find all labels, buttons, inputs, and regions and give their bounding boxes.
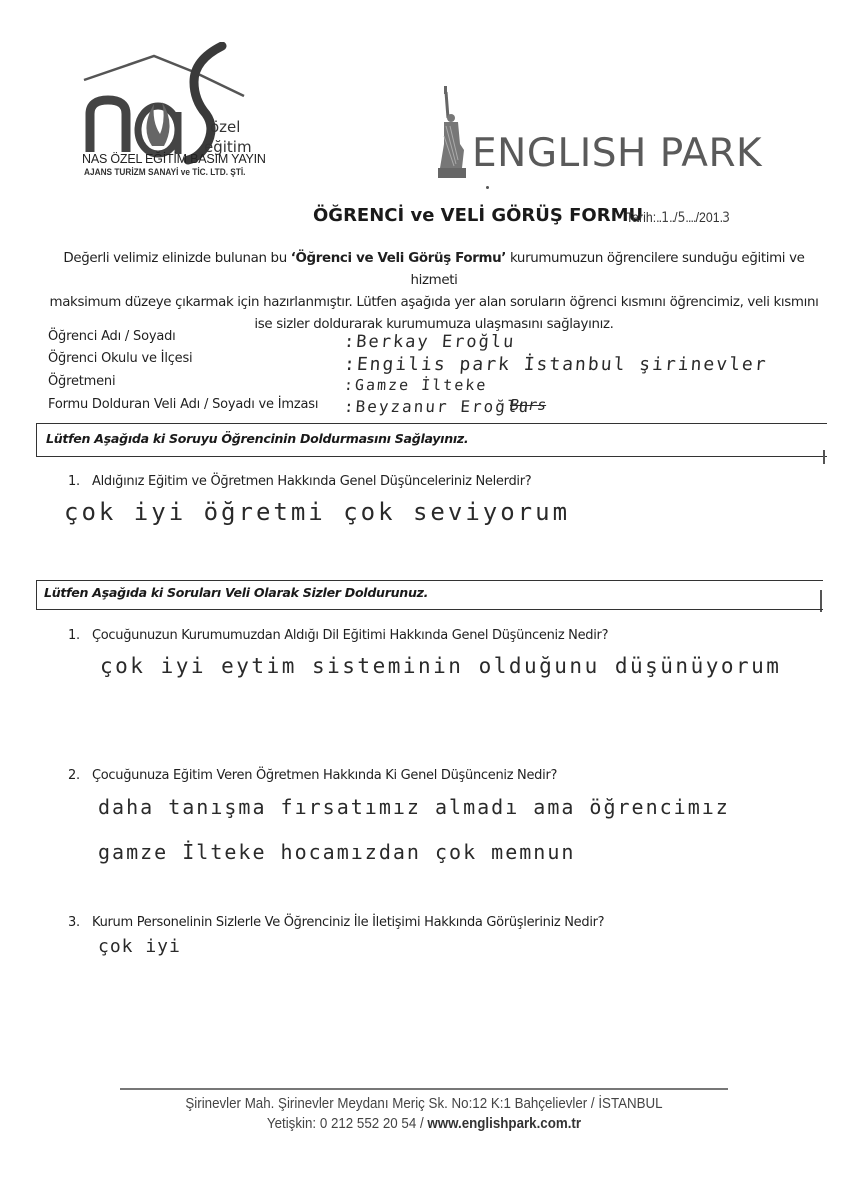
footer-address: Şirinevler Mah. Şirinevler Meydanı Meriç… [34, 1096, 814, 1112]
parent-signature[interactable]: Bnrs [510, 396, 546, 414]
parent-answer-1[interactable]: çok iyi eytim sisteminin olduğunu düşünü… [100, 654, 781, 678]
parent-question-3: 3.Kurum Personelinin Sizlerle Ve Öğrenci… [68, 915, 604, 930]
date-day: 1 [661, 210, 669, 226]
parent-question-1: 1.Çocuğunuzun Kurumumuzdan Aldığı Dil Eğ… [68, 628, 608, 643]
parent-answer-2-line-2[interactable]: gamze İlteke hocamızdan çok memnun [98, 840, 575, 864]
nas-company-name: NAS ÖZEL EĞİTİM BASIM YAYIN [82, 152, 266, 166]
student-question-1: 1.Aldığınız Eğitim ve Öğretmen Hakkında … [68, 474, 531, 489]
student-school-label: Öğrenci Okulu ve İlçesi [48, 351, 192, 366]
footer-contact: Yetişkin: 0 212 552 20 54 / www.englishp… [34, 1116, 814, 1132]
english-park-wordmark: ENGLISH PARK [472, 134, 762, 173]
student-answer-1[interactable]: çok iyi öğretmi çok seviyorum [64, 498, 570, 526]
date-month: 5 [678, 210, 686, 226]
footer-website-link[interactable]: www.englishpark.com.tr [427, 1116, 581, 1132]
teacher-label: Öğretmeni [48, 374, 115, 389]
parent-name-value[interactable]: :Beyzanur Eroğlu [343, 397, 530, 416]
parent-answer-3[interactable]: çok iyi [98, 936, 181, 957]
nas-company-subtitle: AJANS TURİZM SANAYİ ve TİC. LTD. ŞTİ. [84, 167, 245, 177]
form-name-bold: ‘Öğrenci ve Veli Görüş Formu’ [291, 251, 506, 266]
date-year-suffix: 3 [722, 210, 730, 226]
student-name-label: Öğrenci Adı / Soyadı [48, 329, 176, 344]
box-edge [823, 450, 825, 464]
date-field[interactable]: Tarih:..1../5..../201.3 [626, 209, 730, 226]
statue-of-liberty-icon [436, 84, 470, 180]
footer-phone: Yetişkin: 0 212 552 20 54 / [267, 1116, 427, 1132]
student-name-value[interactable]: :Berkay Eroğlu [343, 332, 516, 352]
intro-paragraph: Değerli velimiz elinizde bulunan bu ‘Öğr… [42, 248, 826, 336]
svg-text:özel: özel [210, 118, 240, 136]
footer-divider [120, 1088, 728, 1090]
date-year-prefix: /201 [696, 209, 720, 225]
parent-section-heading: Lütfen Aşağıda ki Soruları Veli Olarak S… [44, 585, 428, 600]
date-label: Tarih: [626, 209, 656, 225]
student-school-value[interactable]: :Engilis park İstanbul şirinevler [343, 354, 768, 375]
student-section-heading: Lütfen Aşağıda ki Soruyu Öğrencinin Dold… [46, 431, 468, 446]
speck [486, 186, 489, 189]
form-title: ÖĞRENCİ ve VELİ GÖRÜŞ FORMU [313, 205, 643, 226]
teacher-value[interactable]: :Gamze İlteke [343, 376, 488, 394]
parent-question-2: 2.Çocuğunuza Eğitim Veren Öğretmen Hakkı… [68, 768, 557, 783]
parent-name-signature-label: Formu Dolduran Veli Adı / Soyadı ve İmza… [48, 397, 318, 412]
parent-answer-2-line-1[interactable]: daha tanışma fırsatımız almadı ama öğren… [98, 795, 730, 819]
